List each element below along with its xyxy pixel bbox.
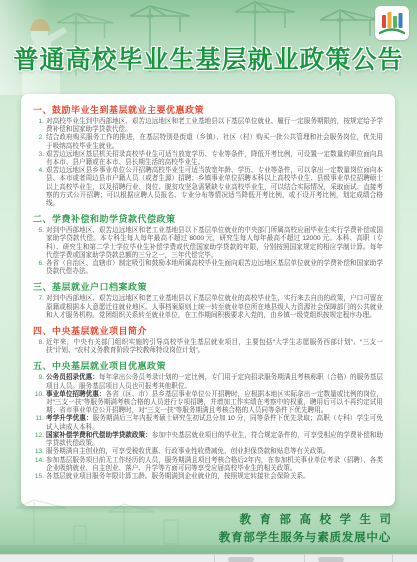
footer-org-line1: 教育部高校学生司 — [219, 511, 400, 527]
item-text: 服务期满自主创业的，可享受税收优惠、行政事业性收费减免、创业担保贷款和贴息等有关… — [46, 448, 383, 456]
item-text: 艰苦边远地区基层机关招录高校毕业生可适当放宽学历、专业等条件，降低开考比例，可设… — [46, 151, 383, 167]
section-heading: 四、中央基层就业项目简介 — [33, 324, 383, 337]
item-number: 4. — [33, 167, 46, 208]
policy-item: 5.对到中西部地区、艰苦边远地区和老工业基地县以下基层单位就业的中央部门所属高校… — [33, 227, 383, 260]
item-text: 公务员招录优惠：每年拿出公务员考录计划的一定比例，专门用于定向招录服务期满且考核… — [46, 374, 383, 390]
item-text: 各基层就业项目服务年限计算工龄。服务期满到企业就业的，按照规定转接社会保险关系。 — [46, 473, 383, 481]
policy-section: 四、中央基层就业项目简介8.近年来，中央有关部门组织实施的引导高校毕业生基层就业… — [33, 324, 383, 355]
footer-org-line2: 教育部学生服务与素质发展中心 — [219, 529, 391, 545]
policy-item: 15.各基层就业项目服务年限计算工龄。服务期满到企业就业的，按照规定转接社会保险… — [33, 473, 383, 481]
item-text: 艰苦边远地区县乡事业单位公开招聘高校毕业生可适当放宽年龄、学历、专业等条件，可以… — [46, 167, 383, 208]
policy-item: 8.近年来，中央有关部门组织实施的引导高校毕业生基层就业项目，主要包括“大学生志… — [33, 339, 383, 355]
item-text: 对到中西部地区、艰苦边远地区和老工业基地县以下基层单位就业的高校毕业生，实行来去… — [46, 295, 383, 320]
strip-divider — [392, 555, 393, 562]
policy-item: 1.对高校毕业生到中西部地区、艰苦边远地区和老工业基地县以下基层单位就业、履行一… — [33, 118, 383, 134]
item-text: 各省（自治区、直辖市）制定吸引和鼓励本地所属高校毕业生面向艰苦边远地区基层单位就… — [46, 260, 383, 276]
policy-item: 11.考学升学优惠：服务期满后三年内报考硕士研究生初试总分加 10 分，同等条件… — [33, 415, 383, 431]
item-label: 国家补偿学费和代偿助学贷款政策： — [46, 432, 152, 439]
sections: 一、鼓励毕业生到基层就业主要优惠政策1.对高校毕业生到中西部地区、艰苦边远地区和… — [33, 103, 383, 481]
policy-section: 五、中央基层就业项目优惠政策9.公务员招录优惠：每年拿出公务员考录计划的一定比例… — [33, 359, 383, 481]
section-heading: 二、学费补偿和助学贷款代偿政策 — [33, 212, 383, 225]
item-number: 1. — [33, 118, 46, 134]
skyline-bars-icon — [375, 6, 409, 40]
poster-bottom-edge — [0, 545, 417, 554]
item-number: 12. — [33, 432, 46, 448]
item-label: 事业单位招聘优惠： — [46, 391, 105, 398]
policy-item: 12.国家补偿学费和代偿助学贷款政策：参加中央基层就业项目的毕业生，符合规定条件… — [33, 432, 383, 448]
item-number: 6. — [33, 260, 46, 276]
poster: 普通高校毕业生基层就业政策公告 一、鼓励毕业生到基层就业主要优惠政策1.对高校毕… — [0, 0, 417, 562]
policy-section: 三、基层就业户口档案政策7.对到中西部地区、艰苦边远地区和老工业基地县以下基层单… — [33, 280, 383, 320]
policy-section: 一、鼓励毕业生到基层就业主要优惠政策1.对高校毕业生到中西部地区、艰苦边远地区和… — [33, 103, 383, 208]
page-title: 普通高校毕业生基层就业政策公告 — [0, 40, 417, 76]
bottom-ui-strip — [0, 554, 417, 562]
content-card: 一、鼓励毕业生到基层就业主要优惠政策1.对高校毕业生到中西部地区、艰苦边远地区和… — [21, 94, 395, 506]
item-number: 3. — [33, 151, 46, 167]
item-text: 近年来，中央有关部门组织实施的引导高校毕业生基层就业项目，主要包括“大学生志愿服… — [46, 339, 383, 355]
policy-section: 二、学费补偿和助学贷款代偿政策5.对到中西部地区、艰苦边远地区和老工业基地县以下… — [33, 212, 383, 276]
ui-pill — [228, 557, 254, 562]
item-text: 对到中西部地区、艰苦边远地区和老工业基地县以下基层单位就业的中央部门所属高校应届… — [46, 227, 383, 260]
item-number: 7. — [33, 295, 46, 320]
item-text: 国家补偿学费和代偿助学贷款政策：参加中央基层就业项目的毕业生，符合规定条件的，可… — [46, 432, 383, 448]
policy-item: 13.服务期满自主创业的，可享受税收优惠、行政事业性收费减免、创业担保贷款和贴息… — [33, 448, 383, 456]
policy-item: 9.公务员招录优惠：每年拿出公务员考录计划的一定比例，专门用于定向招录服务期满且… — [33, 374, 383, 390]
section-heading: 五、中央基层就业项目优惠政策 — [33, 359, 383, 372]
item-text: 结合政府购买服务工作的推进，在基层特别是街道（乡镇）、社区（村）购买一批公共管理… — [46, 134, 383, 150]
item-text: 事业单位招聘优惠：各省（区、市）县乡基层事业单位公开招聘时，应根据本地区实际拿出… — [46, 391, 383, 416]
item-text: 对高校毕业生到中西部地区、艰苦边远地区和老工业基地县以下基层单位就业、履行一定服… — [46, 118, 383, 134]
policy-item: 6.各省（自治区、直辖市）制定吸引和鼓励本地所属高校毕业生面向艰苦边远地区基层单… — [33, 260, 383, 276]
item-label: 公务员招录优惠： — [46, 374, 99, 381]
policy-item: 3.艰苦边远地区基层机关招录高校毕业生可适当放宽学历、专业等条件，降低开考比例，… — [33, 151, 383, 167]
emblem-logo — [375, 6, 409, 40]
background-cranes-graphic — [4, 494, 194, 546]
item-number: 9. — [33, 374, 46, 390]
item-number: 14. — [33, 457, 46, 473]
item-number: 8. — [33, 339, 46, 355]
item-number: 10. — [33, 391, 46, 416]
policy-item: 14.参加基层服务项目前无工作经历的人员，服务期满且项目考核合格后2年内，在参加… — [33, 457, 383, 473]
item-number: 13. — [33, 448, 46, 456]
section-heading: 一、鼓励毕业生到基层就业主要优惠政策 — [33, 103, 383, 116]
item-number: 11. — [33, 415, 46, 431]
policy-item: 4.艰苦边远地区县乡事业单位公开招聘高校毕业生可适当放宽年龄、学历、专业等条件，… — [33, 167, 383, 208]
strip-divider — [214, 555, 215, 562]
header-banner: 普通高校毕业生基层就业政策公告 — [0, 0, 417, 95]
policy-item: 10.事业单位招聘优惠：各省（区、市）县乡基层事业单位公开招聘时，应根据本地区实… — [33, 391, 383, 416]
item-number: 15. — [33, 473, 46, 481]
section-heading: 三、基层就业户口档案政策 — [33, 280, 383, 293]
footer: 教育部高校学生司 教育部学生服务与素质发展中心 — [219, 511, 391, 545]
item-text: 考学升学优惠：服务期满后三年内报考硕士研究生初试总分加 10 分，同等条件下优先… — [46, 415, 383, 431]
strip-divider — [304, 555, 305, 562]
policy-item: 7.对到中西部地区、艰苦边远地区和老工业基地县以下基层单位就业的高校毕业生，实行… — [33, 295, 383, 320]
policy-item: 2.结合政府购买服务工作的推进，在基层特别是街道（乡镇）、社区（村）购买一批公共… — [33, 134, 383, 150]
item-text: 参加基层服务项目前无工作经历的人员，服务期满且项目考核合格后2年内，在参加机关事… — [46, 457, 383, 473]
item-number: 5. — [33, 227, 46, 260]
item-label: 考学升学优惠： — [46, 415, 93, 422]
item-number: 2. — [33, 134, 46, 150]
ui-pill — [318, 557, 344, 562]
